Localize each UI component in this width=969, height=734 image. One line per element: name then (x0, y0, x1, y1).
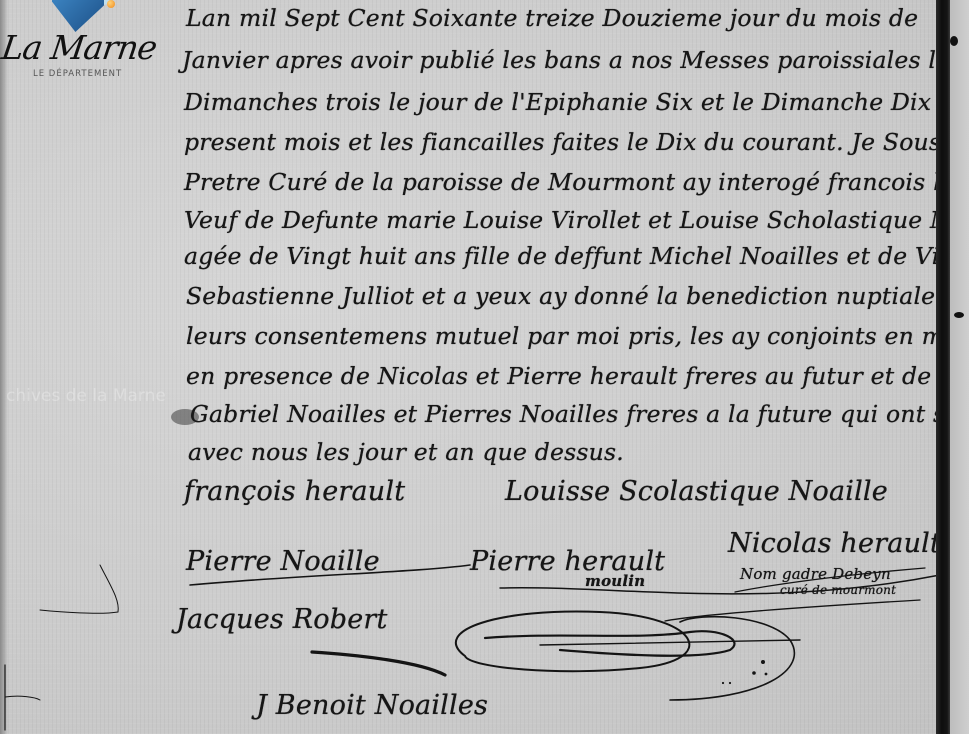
signature-jacques-robert: Jacques Robert (176, 604, 388, 635)
signature-cure-line-1: Nom gadre Debeyn (740, 565, 891, 583)
logo-subtitle: LE DÉPARTEMENT (33, 69, 122, 79)
signature-cure-line-2: curé de mourmont (780, 583, 896, 597)
archive-watermark: chives de la Marne (6, 386, 166, 406)
page-left-edge (0, 0, 8, 734)
logo-wordmark: La Marne (0, 28, 159, 67)
entry-line-8: Sebastienne Julliot et a yeux ay donné l… (186, 282, 969, 310)
signature-witness-mark: moulin (585, 572, 645, 590)
entry-line-5: Pretre Curé de la paroisse de Mourmont a… (184, 168, 969, 196)
signature-benoit-noailles: J Benoit Noailles (256, 690, 488, 721)
entry-line-2: Janvier apres avoir publié les bans a no… (182, 46, 963, 74)
binding-margin (950, 0, 969, 734)
entry-line-9: leurs consentemens mutuel par moi pris, … (186, 322, 969, 350)
entry-line-3: Dimanches trois le jour de l'Epiphanie S… (184, 88, 969, 116)
binding-stitch (954, 312, 964, 318)
entry-line-7: agée de Vingt huit ans fille de deffunt … (184, 242, 969, 270)
entry-line-10: en presence de Nicolas et Pierre herault… (186, 362, 931, 390)
binding-stitch (950, 36, 958, 46)
register-page: La Marne LE DÉPARTEMENT chives de la Mar… (0, 0, 969, 734)
entry-line-6: Veuf de Defunte marie Louise Virollet et… (184, 206, 969, 234)
signature-nicolas-herault: Nicolas herault (728, 528, 941, 559)
entry-line-4: present mois et les fiancailles faites l… (184, 128, 969, 156)
signature-bride: Louisse Scolastique Noaille (505, 476, 888, 507)
signature-groom: françois herault (184, 476, 405, 507)
signature-pierre-noaille: Pierre Noaille (186, 546, 380, 577)
logo-dot-icon (107, 0, 115, 8)
entry-line-1: Lan mil Sept Cent Soixante treize Douzie… (186, 4, 918, 32)
register-binding (936, 0, 950, 734)
archive-logo: La Marne LE DÉPARTEMENT (0, 0, 135, 85)
entry-line-11: Gabriel Noailles et Pierres Noailles fre… (190, 400, 969, 428)
entry-line-12: avec nous les jour et an que dessus. (188, 438, 624, 466)
